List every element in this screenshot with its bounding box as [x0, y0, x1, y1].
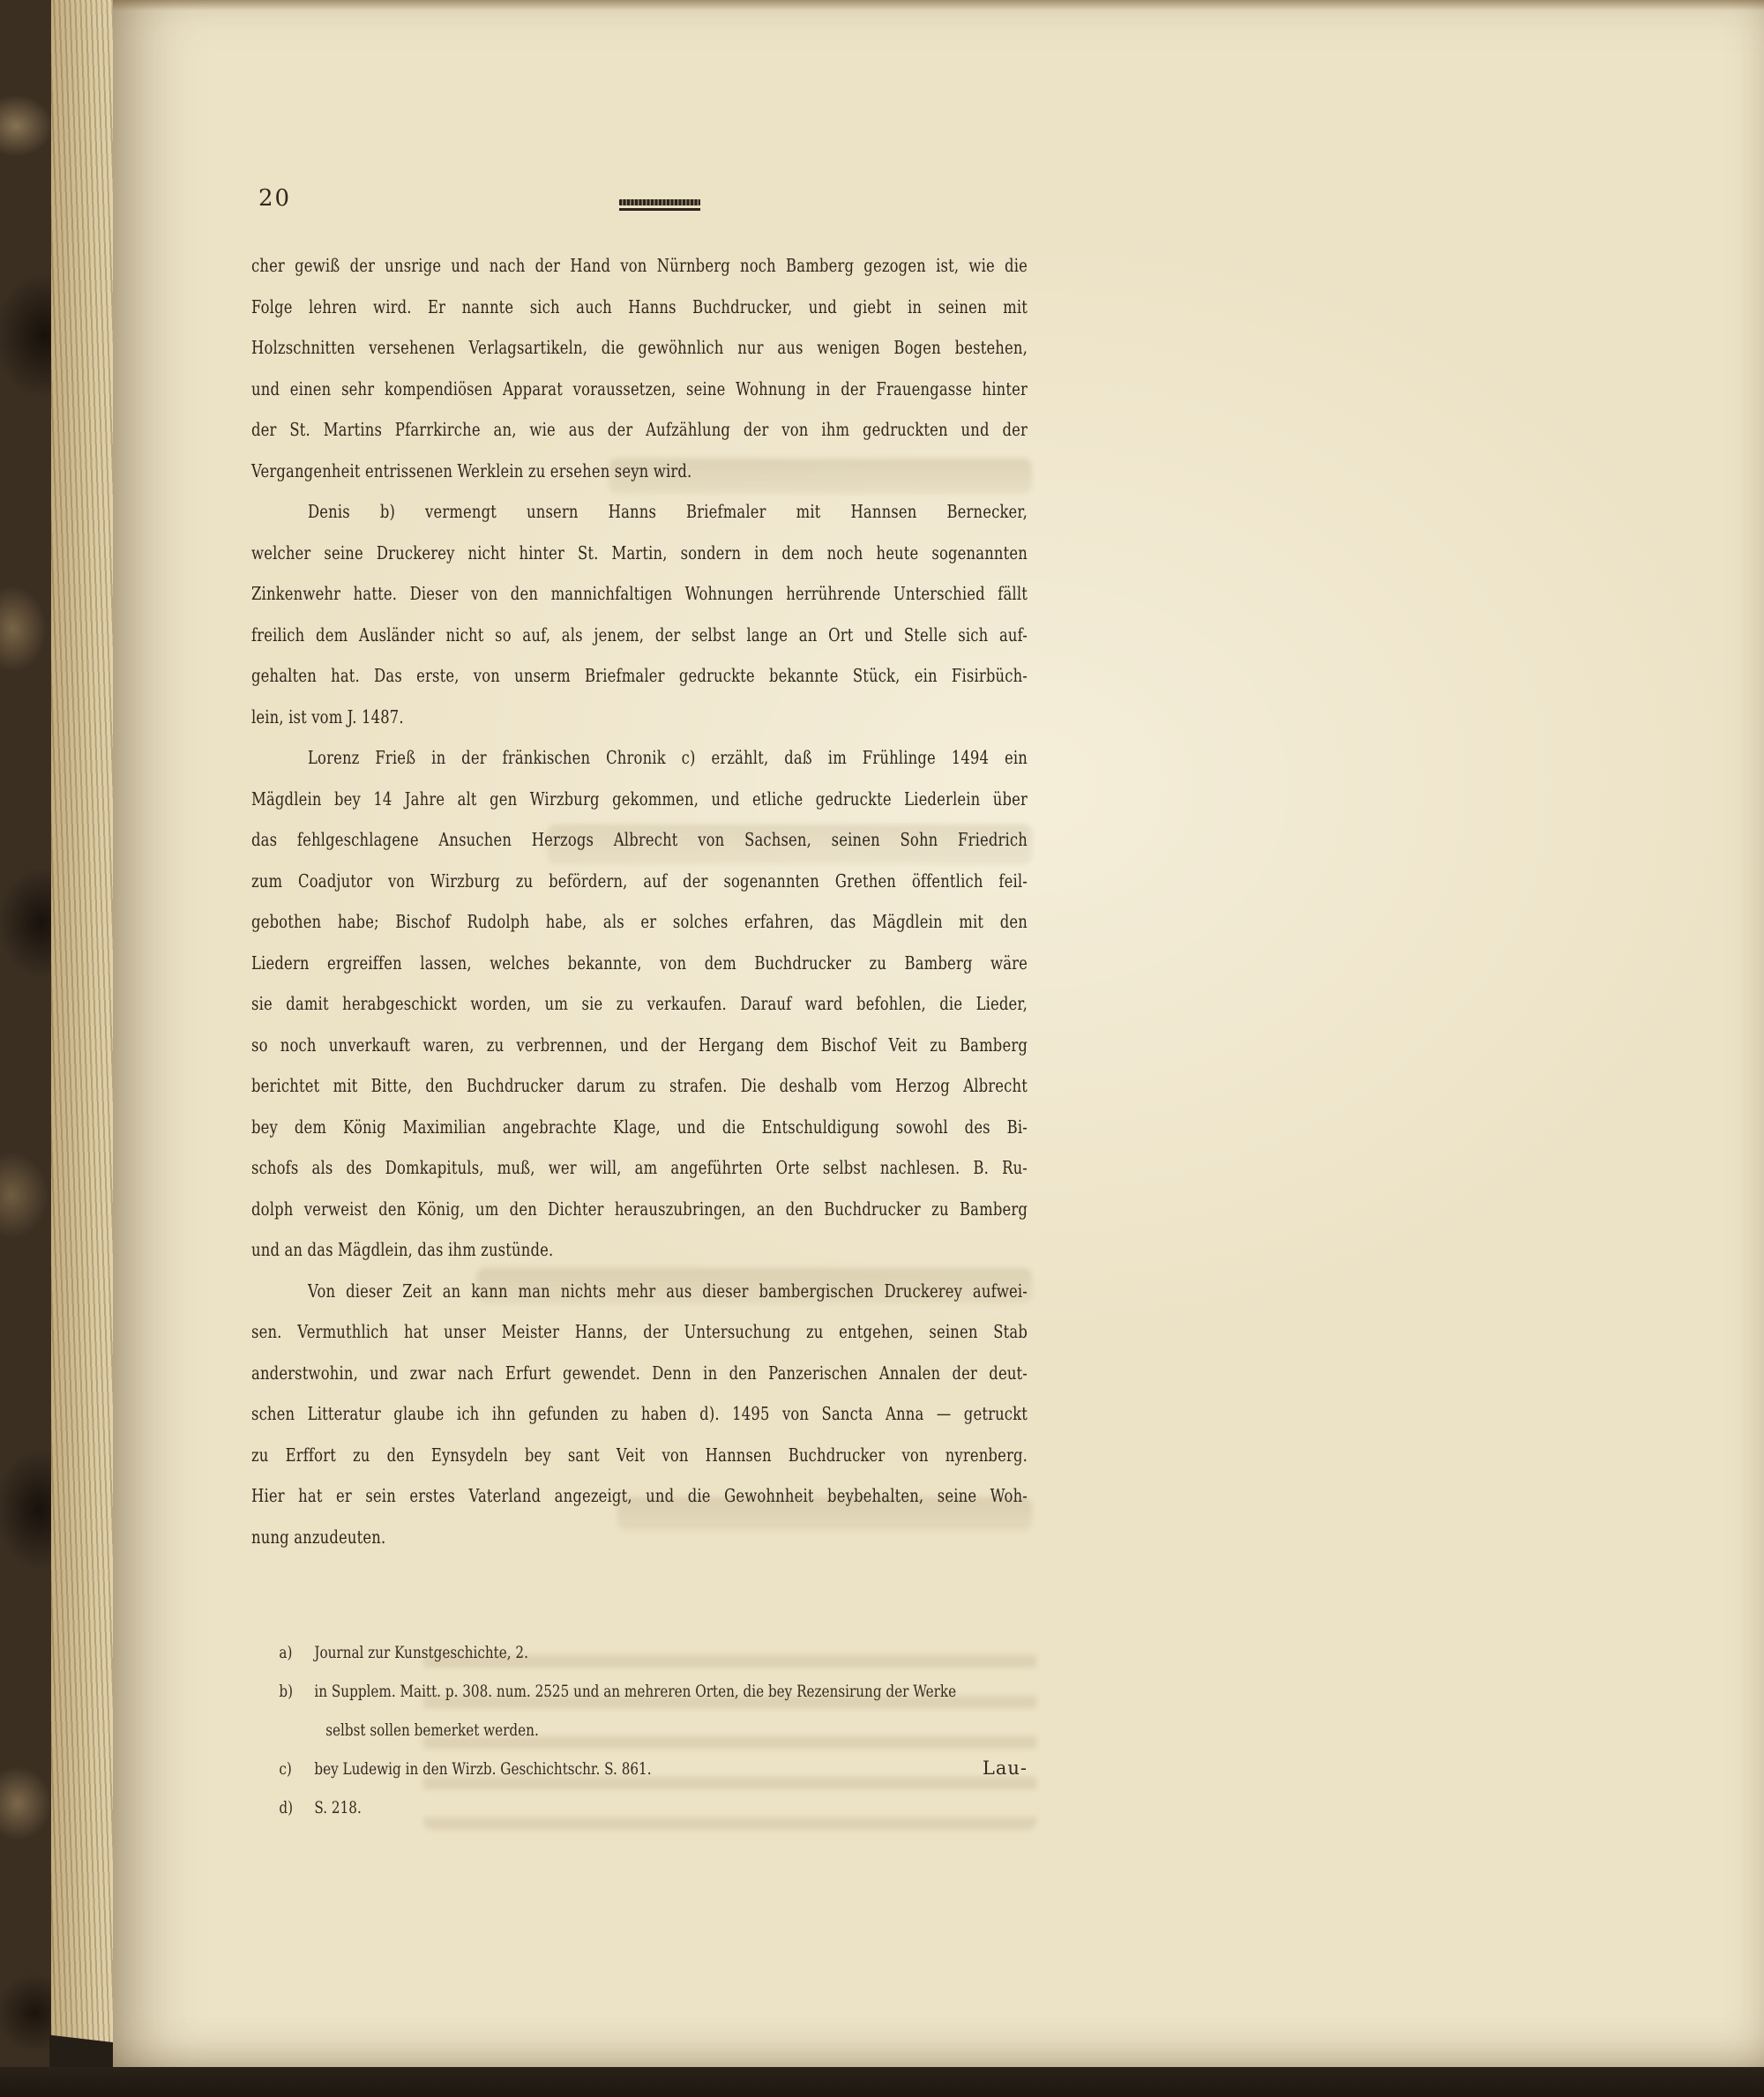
body-line: sen. Vermuthlich hat unser Meister Hanns… [251, 1311, 1028, 1353]
body-line: Zinkenwehr hatte. Dieser von den mannich… [251, 573, 1028, 615]
footnote: d)S. 218. [273, 1788, 1023, 1827]
body-line: berichtet mit Bitte, den Buchdrucker dar… [251, 1065, 1028, 1107]
page-number: 20 [258, 185, 291, 212]
body-line: Von dieser Zeit an kann man nichts mehr … [251, 1271, 1028, 1312]
body-line: und einen sehr kompendiösen Apparat vora… [251, 369, 1028, 410]
body-line: nung anzudeuten. [251, 1517, 1028, 1558]
footnote-marker: d) [279, 1788, 293, 1827]
body-line: der St. Martins Pfarrkirche an, wie aus … [251, 409, 1028, 451]
body-line: Denis b) vermengt unsern Hanns Briefmale… [251, 491, 1028, 533]
book-page: 20 cher gewiß der unsrige und nach der H… [113, 0, 1764, 2069]
footnote-marker: b) [279, 1672, 293, 1711]
body-line: Holzschnitten versehenen Verlagsartikeln… [251, 327, 1028, 369]
footnote-line: S. 218. [273, 1788, 1023, 1827]
body-line: anderstwohin, und zwar nach Erfurt gewen… [251, 1353, 1028, 1394]
footnote-line: in Supplem. Maitt. p. 308. num. 2525 und… [273, 1672, 1023, 1711]
footnote-marker: a) [279, 1633, 292, 1672]
body-line: gehalten hat. Das erste, von unserm Brie… [251, 655, 1028, 697]
body-line: so noch unverkauft waren, zu verbrennen,… [251, 1025, 1028, 1066]
body-line: bey dem König Maximilian angebrachte Kla… [251, 1107, 1028, 1148]
body-line: und an das Mägdlein, das ihm zustünde. [251, 1229, 1028, 1271]
catchword: Lau- [851, 1757, 1028, 1779]
body-line: Lorenz Frieß in der fränkischen Chronik … [251, 737, 1028, 779]
body-line: Vergangenheit entrissenen Werklein zu er… [251, 451, 1028, 492]
rule-line-top [619, 199, 700, 205]
body-line: freilich dem Ausländer nicht so auf, als… [251, 615, 1028, 656]
rule-line-bottom [619, 208, 700, 211]
book-scan: 20 cher gewiß der unsrige und nach der H… [0, 0, 1764, 2097]
footnote: a)Journal zur Kunstgeschichte, 2. [273, 1633, 1023, 1672]
body-line: sie damit herabgeschickt worden, um sie … [251, 983, 1028, 1025]
body-line: schen Litteratur glaube ich ihn gefunden… [251, 1393, 1028, 1435]
body-line: Hier hat er sein erstes Vaterland angeze… [251, 1475, 1028, 1517]
body-line: Mägdlein bey 14 Jahre alt gen Wirzburg g… [251, 779, 1028, 820]
body-line: gebothen habe; Bischof Rudolph habe, als… [251, 901, 1028, 943]
footnote-line: Journal zur Kunstgeschichte, 2. [273, 1633, 1023, 1672]
body-line: zum Coadjutor von Wirzburg zu befördern,… [251, 861, 1028, 902]
body-text: cher gewiß der unsrige und nach der Hand… [251, 245, 1028, 1557]
body-line: schofs als des Domkapituls, muß, wer wil… [251, 1147, 1028, 1189]
footnote-line: selbst sollen bemerket werden. [273, 1711, 1023, 1750]
body-line: das fehlgeschlagene Ansuchen Herzogs Alb… [251, 819, 1028, 861]
header-rule-ornament [619, 199, 700, 211]
footnotes: a)Journal zur Kunstgeschichte, 2.b)in Su… [273, 1633, 1023, 1827]
scan-background-band [0, 2067, 1764, 2097]
footnote: b)in Supplem. Maitt. p. 308. num. 2525 u… [273, 1672, 1023, 1750]
body-line: Liedern ergreiffen lassen, welches bekan… [251, 943, 1028, 984]
body-line: lein, ist vom J. 1487. [251, 697, 1028, 738]
body-line: dolph verweist den König, um den Dichter… [251, 1189, 1028, 1230]
body-line: cher gewiß der unsrige und nach der Hand… [251, 245, 1028, 287]
body-line: welcher seine Druckerey nicht hinter St.… [251, 533, 1028, 574]
footnote-marker: c) [279, 1750, 291, 1788]
body-line: Folge lehren wird. Er nannte sich auch H… [251, 287, 1028, 328]
body-line: zu Erffort zu den Eynsydeln bey sant Vei… [251, 1435, 1028, 1476]
